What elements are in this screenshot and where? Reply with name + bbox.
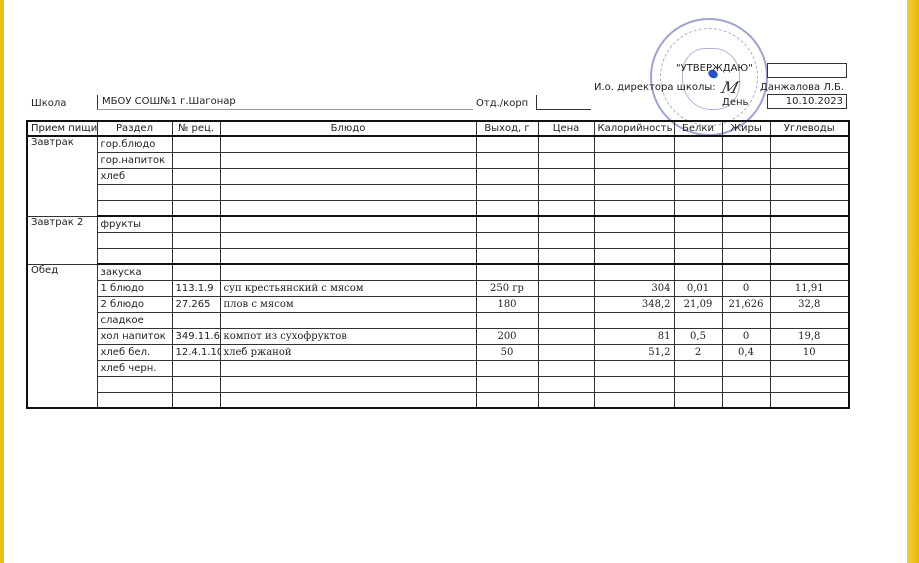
carbs-cell[interactable] [770, 216, 849, 232]
yield-cell[interactable] [476, 264, 538, 280]
dish-cell[interactable] [220, 392, 476, 408]
table-row: 2 блюдо27.265плов с мясом180348,221,0921… [27, 296, 849, 312]
price-cell[interactable] [538, 392, 594, 408]
calories-cell[interactable]: 348,2 [594, 296, 674, 312]
fats-cell[interactable] [722, 376, 770, 392]
table-row [27, 376, 849, 392]
fats-cell[interactable] [722, 152, 770, 168]
carbs-cell[interactable] [770, 360, 849, 376]
section-cell[interactable] [97, 232, 172, 248]
proteins-cell[interactable] [674, 232, 722, 248]
fats-cell[interactable] [722, 264, 770, 280]
section-cell[interactable]: гор.напиток [97, 152, 172, 168]
section-cell[interactable]: хол напиток [97, 328, 172, 344]
price-cell[interactable] [538, 280, 594, 296]
section-cell[interactable] [97, 248, 172, 264]
calories-cell[interactable] [594, 264, 674, 280]
section-cell[interactable]: 1 блюдо [97, 280, 172, 296]
table-row [27, 184, 849, 200]
column-header-meal: Прием пищи [27, 121, 97, 136]
meal-cell: Завтрак [27, 136, 97, 216]
proteins-cell[interactable] [674, 216, 722, 232]
column-header-proteins: Белки [674, 121, 722, 136]
proteins-cell[interactable]: 21,09 [674, 296, 722, 312]
dish-cell[interactable] [220, 312, 476, 328]
day-label: День [722, 97, 748, 108]
dish-cell[interactable]: компот из сухофруктов [220, 328, 476, 344]
yield-cell[interactable] [476, 248, 538, 264]
school-field[interactable]: МБОУ СОШ№1 г.Шагонар [97, 95, 473, 110]
table-row: Завтрак 2фрукты [27, 216, 849, 232]
section-cell[interactable] [97, 376, 172, 392]
proteins-cell[interactable] [674, 376, 722, 392]
dish-cell[interactable]: плов с мясом [220, 296, 476, 312]
yield-cell[interactable] [476, 152, 538, 168]
recipe-cell[interactable] [172, 360, 220, 376]
proteins-cell[interactable] [674, 360, 722, 376]
dish-cell[interactable] [220, 216, 476, 232]
carbs-cell[interactable] [770, 152, 849, 168]
dish-cell[interactable] [220, 184, 476, 200]
price-cell[interactable] [538, 264, 594, 280]
section-cell[interactable]: гор.блюдо [97, 136, 172, 152]
director-name: Данжалова Л.Б. [760, 82, 844, 93]
price-cell[interactable] [538, 296, 594, 312]
section-cell[interactable]: хлеб бел. [97, 344, 172, 360]
table-row [27, 200, 849, 216]
recipe-cell[interactable] [172, 200, 220, 216]
proteins-cell[interactable] [674, 392, 722, 408]
calories-cell[interactable]: 51,2 [594, 344, 674, 360]
carbs-cell[interactable] [770, 184, 849, 200]
dish-cell[interactable] [220, 152, 476, 168]
yield-cell[interactable] [476, 136, 538, 152]
yield-cell[interactable] [476, 232, 538, 248]
column-header-recipe: № рец. [172, 121, 220, 136]
director-label: И.о. директора школы: [594, 82, 716, 93]
carbs-cell[interactable] [770, 200, 849, 216]
calories-cell[interactable] [594, 136, 674, 152]
price-cell[interactable] [538, 200, 594, 216]
price-cell[interactable] [538, 168, 594, 184]
calories-cell[interactable] [594, 376, 674, 392]
proteins-cell[interactable] [674, 312, 722, 328]
column-header-price: Цена [538, 121, 594, 136]
day-field[interactable]: 10.10.2023 [767, 94, 847, 109]
recipe-cell[interactable] [172, 392, 220, 408]
price-cell[interactable] [538, 248, 594, 264]
section-cell[interactable]: хлеб [97, 168, 172, 184]
dish-cell[interactable] [220, 200, 476, 216]
approve-label: "УТВЕРЖДАЮ" [676, 63, 753, 74]
proteins-cell[interactable] [674, 264, 722, 280]
table-row: сладкое [27, 312, 849, 328]
column-header-dish: Блюдо [220, 121, 476, 136]
table-row: Обедзакуска [27, 264, 849, 280]
carbs-cell[interactable] [770, 392, 849, 408]
calories-cell[interactable] [594, 312, 674, 328]
price-cell[interactable] [538, 232, 594, 248]
calories-cell[interactable] [594, 200, 674, 216]
dish-cell[interactable]: хлеб ржаной [220, 344, 476, 360]
recipe-cell[interactable] [172, 232, 220, 248]
column-header-section: Раздел [97, 121, 172, 136]
approve-field[interactable] [767, 63, 847, 78]
proteins-cell[interactable] [674, 200, 722, 216]
yield-cell[interactable] [476, 376, 538, 392]
proteins-cell[interactable] [674, 184, 722, 200]
section-cell[interactable] [97, 392, 172, 408]
carbs-cell[interactable]: 19,8 [770, 328, 849, 344]
yield-cell[interactable] [476, 184, 538, 200]
stamp-seal-icon [650, 18, 768, 136]
yield-cell[interactable] [476, 168, 538, 184]
section-cell[interactable]: 2 блюдо [97, 296, 172, 312]
fats-cell[interactable] [722, 184, 770, 200]
price-cell[interactable] [538, 376, 594, 392]
proteins-cell[interactable] [674, 168, 722, 184]
yield-cell[interactable] [476, 360, 538, 376]
yield-cell[interactable] [476, 312, 538, 328]
column-header-calories: Калорийность [594, 121, 674, 136]
section-cell[interactable]: закуска [97, 264, 172, 280]
table-row: хлеб бел.12.4.1.10хлеб ржаной5051,220,41… [27, 344, 849, 360]
meal-cell: Обед [27, 264, 97, 408]
price-cell[interactable] [538, 136, 594, 152]
carbs-cell[interactable]: 11,91 [770, 280, 849, 296]
carbs-cell[interactable] [770, 136, 849, 152]
carbs-cell[interactable]: 10 [770, 344, 849, 360]
table-row [27, 232, 849, 248]
fats-cell[interactable] [722, 312, 770, 328]
recipe-cell[interactable] [172, 312, 220, 328]
fats-cell[interactable]: 0 [722, 280, 770, 296]
fats-cell[interactable] [722, 216, 770, 232]
calories-cell[interactable] [594, 392, 674, 408]
fats-cell[interactable]: 0 [722, 328, 770, 344]
yield-cell[interactable] [476, 200, 538, 216]
page-edge-right [907, 0, 919, 563]
price-cell[interactable] [538, 312, 594, 328]
fats-cell[interactable] [722, 360, 770, 376]
calories-cell[interactable] [594, 168, 674, 184]
proteins-cell[interactable]: 2 [674, 344, 722, 360]
calories-cell[interactable]: 81 [594, 328, 674, 344]
recipe-cell[interactable] [172, 248, 220, 264]
dish-cell[interactable] [220, 248, 476, 264]
calories-cell[interactable]: 304 [594, 280, 674, 296]
price-cell[interactable] [538, 152, 594, 168]
table-row: Завтракгор.блюдо [27, 136, 849, 152]
price-cell[interactable] [538, 344, 594, 360]
fats-cell[interactable] [722, 248, 770, 264]
fats-cell[interactable] [722, 200, 770, 216]
fats-cell[interactable]: 21,626 [722, 296, 770, 312]
table-row: хлеб [27, 168, 849, 184]
section-cell[interactable]: сладкое [97, 312, 172, 328]
price-cell[interactable] [538, 184, 594, 200]
recipe-cell[interactable]: 12.4.1.10 [172, 344, 220, 360]
section-cell[interactable]: хлеб черн. [97, 360, 172, 376]
yield-cell[interactable] [476, 216, 538, 232]
table-row: гор.напиток [27, 152, 849, 168]
recipe-cell[interactable] [172, 216, 220, 232]
carbs-cell[interactable] [770, 312, 849, 328]
price-cell[interactable] [538, 328, 594, 344]
recipe-cell[interactable]: 113.1.9 [172, 280, 220, 296]
column-header-carbs: Углеводы [770, 121, 849, 136]
carbs-cell[interactable] [770, 376, 849, 392]
dish-cell[interactable] [220, 168, 476, 184]
price-cell[interactable] [538, 216, 594, 232]
recipe-cell[interactable] [172, 264, 220, 280]
meal-cell: Завтрак 2 [27, 216, 97, 264]
carbs-cell[interactable]: 32,8 [770, 296, 849, 312]
table-row: 1 блюдо113.1.9суп крестьянский с мясом25… [27, 280, 849, 296]
fats-cell[interactable] [722, 136, 770, 152]
yield-cell[interactable]: 50 [476, 344, 538, 360]
recipe-cell[interactable] [172, 168, 220, 184]
carbs-cell[interactable] [770, 168, 849, 184]
carbs-cell[interactable] [770, 248, 849, 264]
recipe-cell[interactable] [172, 136, 220, 152]
school-label: Школа [31, 98, 66, 109]
carbs-cell[interactable] [770, 232, 849, 248]
menu-table: Прием пищиРаздел№ рец.БлюдоВыход, гЦенаК… [26, 120, 850, 409]
dept-label: Отд./корп [476, 98, 528, 109]
recipe-cell[interactable]: 27.265 [172, 296, 220, 312]
column-header-yield: Выход, г [476, 121, 538, 136]
dish-cell[interactable] [220, 360, 476, 376]
recipe-cell[interactable] [172, 376, 220, 392]
proteins-cell[interactable] [674, 136, 722, 152]
yield-cell[interactable]: 250 гр [476, 280, 538, 296]
dish-cell[interactable]: суп крестьянский с мясом [220, 280, 476, 296]
section-cell[interactable] [97, 200, 172, 216]
yield-cell[interactable]: 200 [476, 328, 538, 344]
calories-cell[interactable] [594, 360, 674, 376]
calories-cell[interactable] [594, 248, 674, 264]
calories-cell[interactable] [594, 184, 674, 200]
yield-cell[interactable]: 180 [476, 296, 538, 312]
recipe-cell[interactable] [172, 184, 220, 200]
section-cell[interactable]: фрукты [97, 216, 172, 232]
dish-cell[interactable] [220, 136, 476, 152]
table-row [27, 248, 849, 264]
proteins-cell[interactable]: 0,01 [674, 280, 722, 296]
calories-cell[interactable] [594, 232, 674, 248]
dish-cell[interactable] [220, 376, 476, 392]
table-row [27, 392, 849, 408]
proteins-cell[interactable] [674, 152, 722, 168]
proteins-cell[interactable] [674, 248, 722, 264]
table-row: хол напиток349.11.6компот из сухофруктов… [27, 328, 849, 344]
column-header-fats: Жиры [722, 121, 770, 136]
price-cell[interactable] [538, 360, 594, 376]
fats-cell[interactable] [722, 168, 770, 184]
dish-cell[interactable] [220, 232, 476, 248]
table-header-row: Прием пищиРаздел№ рец.БлюдоВыход, гЦенаК… [27, 121, 849, 136]
section-cell[interactable] [97, 184, 172, 200]
table-row: хлеб черн. [27, 360, 849, 376]
carbs-cell[interactable] [770, 264, 849, 280]
dept-field[interactable] [536, 95, 591, 110]
dish-cell[interactable] [220, 264, 476, 280]
recipe-cell[interactable]: 349.11.6 [172, 328, 220, 344]
recipe-cell[interactable] [172, 152, 220, 168]
calories-cell[interactable] [594, 152, 674, 168]
yield-cell[interactable] [476, 392, 538, 408]
proteins-cell[interactable]: 0,5 [674, 328, 722, 344]
calories-cell[interactable] [594, 216, 674, 232]
fats-cell[interactable]: 0,4 [722, 344, 770, 360]
fats-cell[interactable] [722, 392, 770, 408]
fats-cell[interactable] [722, 232, 770, 248]
